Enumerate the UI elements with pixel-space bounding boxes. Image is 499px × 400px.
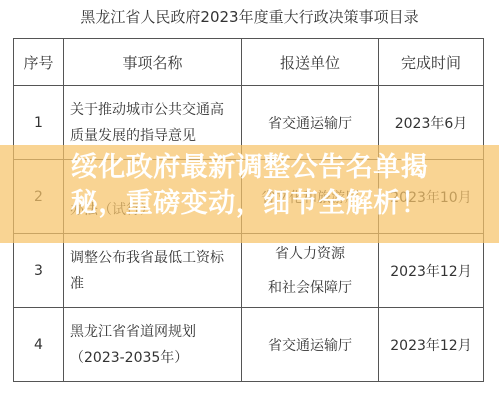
headline-line-1: 绥化政府最新调整公告名单揭: [0, 150, 499, 186]
header-unit: 报送单位: [242, 39, 379, 86]
headline-text: 绥化政府最新调整公告名单揭 秘，重磅变动，细节全解析！: [0, 150, 499, 222]
header-seq: 序号: [14, 39, 64, 86]
cell-seq: 3: [14, 234, 64, 308]
document-title: 黑龙江省人民政府2023年度重大行政决策事项目录: [0, 6, 499, 27]
name-line: 准: [64, 271, 241, 297]
table-row: 4 黑龙江省省道网规划 （2023-2035年） 省交通运输厅 2023年12月: [14, 308, 484, 382]
name-line: 关于推动城市公共交通高: [64, 97, 241, 123]
cell-name: 黑龙江省省道网规划 （2023-2035年）: [64, 308, 242, 382]
cell-unit: 省人力资源 和社会保障厅: [242, 234, 379, 308]
table-row: 3 调整公布我省最低工资标 准 省人力资源 和社会保障厅 2023年12月: [14, 234, 484, 308]
cell-date: 2023年12月: [379, 234, 484, 308]
name-line: 黑龙江省省道网规划: [64, 319, 241, 345]
cell-unit: 省交通运输厅: [242, 308, 379, 382]
cell-date: 2023年12月: [379, 308, 484, 382]
headline-line-2: 秘，重磅变动，细节全解析！: [0, 186, 499, 222]
header-name: 事项名称: [64, 39, 242, 86]
unit-line: 和社会保障厅: [242, 271, 378, 305]
cell-name: 调整公布我省最低工资标 准: [64, 234, 242, 308]
cell-seq: 4: [14, 308, 64, 382]
name-line: 调整公布我省最低工资标: [64, 245, 241, 271]
table-header-row: 序号 事项名称 报送单位 完成时间: [14, 39, 484, 86]
header-date: 完成时间: [379, 39, 484, 86]
name-line: （2023-2035年）: [64, 345, 241, 371]
